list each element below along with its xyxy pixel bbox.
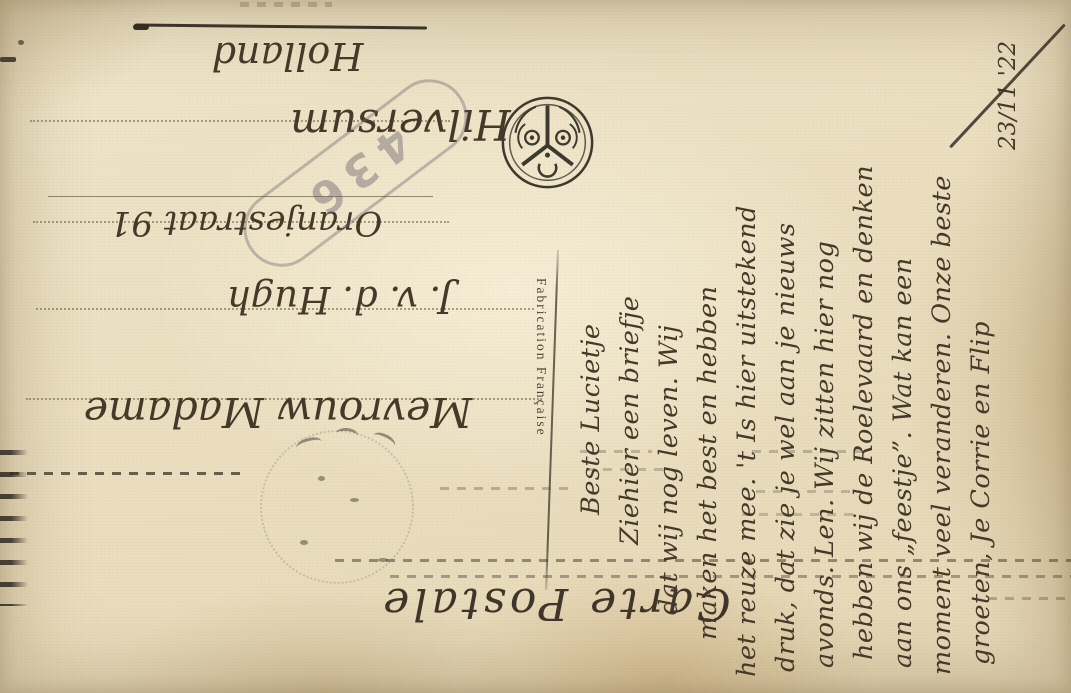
address-line-name: J. v. d. Hugh bbox=[150, 278, 530, 321]
fabrication-label: Fabrication Française bbox=[533, 278, 549, 503]
address-underline bbox=[135, 23, 427, 29]
message-line: avonds. Len. Wij zitten hier nog bbox=[806, 0, 845, 690]
postmark-fragment bbox=[350, 498, 359, 502]
postmark-fragment bbox=[300, 540, 308, 545]
address-line-holland: Holland bbox=[145, 34, 430, 78]
message-line: hebben wij de Roelevaard en denken bbox=[845, 0, 884, 690]
postmark-fragment bbox=[318, 476, 325, 481]
edge-mark bbox=[18, 40, 24, 45]
number-stamp: 436 bbox=[228, 64, 482, 282]
edge-mark bbox=[0, 57, 16, 62]
cancellation-streak bbox=[440, 487, 570, 490]
edge-tick-column bbox=[0, 450, 28, 606]
address-line-title: Mevrouw Madame bbox=[0, 388, 578, 436]
edge-smudge bbox=[240, 2, 332, 7]
cancellation-streak bbox=[10, 472, 245, 475]
postcard-back: Holland Hilversum Oranjestraat 91 J. v. … bbox=[0, 0, 1071, 693]
message-line: moment veel veranderen. Onze beste bbox=[923, 0, 962, 690]
message-line: aan ons „feestje”. Wat kan een bbox=[884, 0, 923, 690]
address-underline-blob bbox=[133, 24, 149, 30]
carte-postale-text: Carte Postale bbox=[330, 578, 780, 629]
